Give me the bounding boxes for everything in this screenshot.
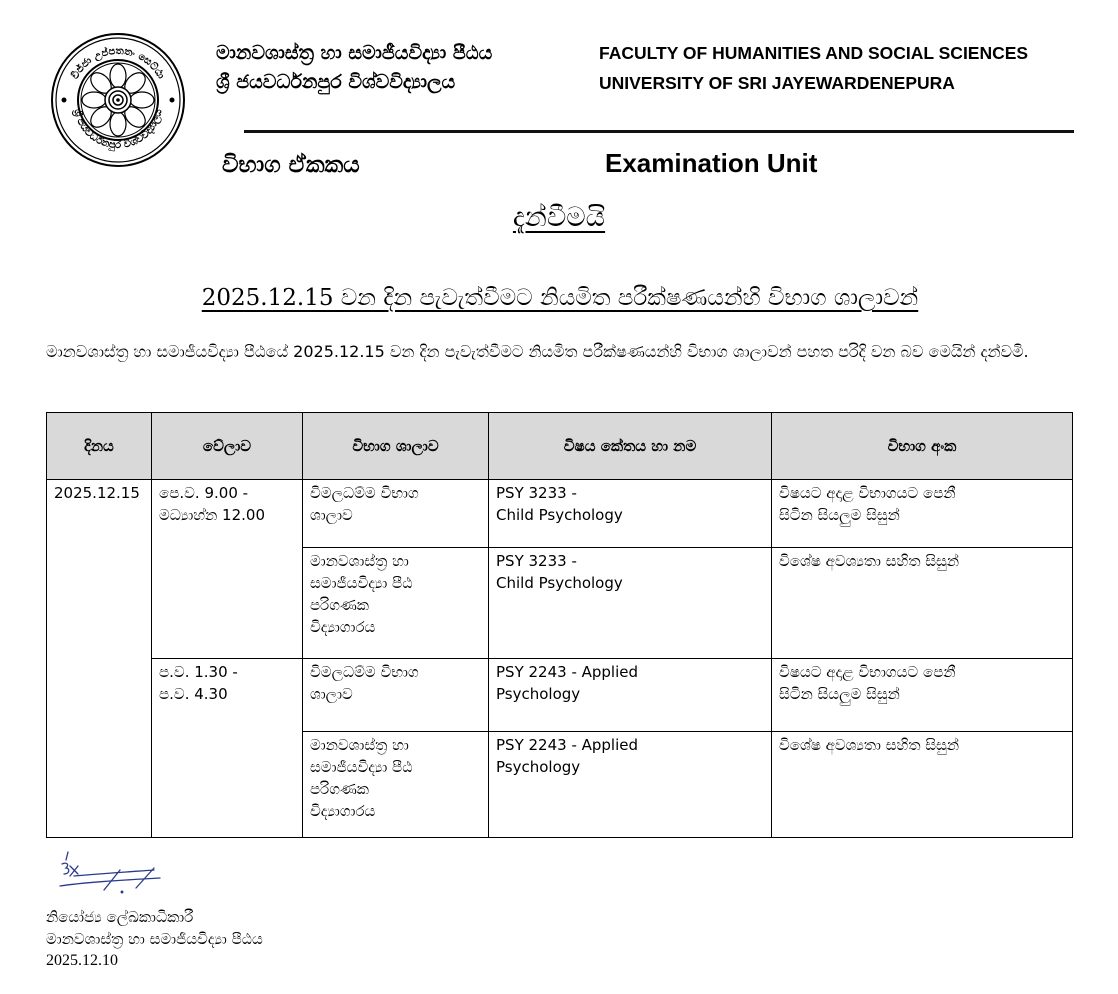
course: PSY 2243 - Applied Psychology — [489, 732, 772, 838]
university-name-sinhala: ශ්‍රී ජයවර්ධනපුර විශ්වවිද්‍යාලය — [216, 71, 455, 93]
candidates: විශේෂ අවශ්‍යතා සහිත සිසුන් — [772, 732, 1073, 838]
svg-text:ශ්‍රී ජයවර්ධනපුර විශ්වවිද්‍යාල: ශ්‍රී ජයවර්ධනපුර විශ්වවිද්‍යාලය — [70, 107, 164, 152]
exam-schedule-table: දිනය වේලාව විභාග ශාලාව විෂය කේතය හා නම ව… — [46, 412, 1073, 838]
faculty-name-english: FACULTY OF HUMANITIES AND SOCIAL SCIENCE… — [599, 43, 1028, 64]
header-time: වේලාව — [152, 413, 303, 480]
exam-hall: මානවශාස්ත්‍ර හා සමාජීයවිද්‍යා පීඨ පරිගණක… — [303, 732, 489, 838]
candidates: විෂයට අදාළ විභාගයට පෙනී සිටින සියලුම සිස… — [772, 659, 1073, 732]
candidates: විෂයට අදාළ විභාගයට පෙනී සිටින සියලුම සිස… — [772, 480, 1073, 548]
issue-date: 2025.12.10 — [46, 950, 263, 972]
session-time: ප.ව. 1.30 - ප.ව. 4.30 — [152, 659, 303, 838]
table-row: ප.ව. 1.30 - ප.ව. 4.30 විමලධම්ම විභාග ශාල… — [47, 659, 1073, 732]
session-time: පෙ.ව. 9.00 - මධ්‍යාහ්න 12.00 — [152, 480, 303, 659]
exam-date: 2025.12.15 — [47, 480, 152, 838]
header-date: දිනය — [47, 413, 152, 480]
course: PSY 3233 - Child Psychology — [489, 480, 772, 548]
unit-name-english: Examination Unit — [605, 148, 817, 179]
header-course: විෂය කේතය හා නම — [489, 413, 772, 480]
exam-hall: විමලධම්ම විභාග ශාලාව — [303, 659, 489, 732]
table-row: 2025.12.15 පෙ.ව. 9.00 - මධ්‍යාහ්න 12.00 … — [47, 480, 1073, 548]
table-header-row: දිනය වේලාව විභාග ශාලාව විෂය කේතය හා නම ව… — [47, 413, 1073, 480]
course: PSY 3233 - Child Psychology — [489, 548, 772, 659]
exam-hall: මානවශාස්ත්‍ර හා සමාජීයවිද්‍යා පීඨ පරිගණක… — [303, 548, 489, 659]
signature-icon — [56, 850, 166, 898]
header-candidates: විභාග අංක — [772, 413, 1073, 480]
header-hall: විභාග ශාලාව — [303, 413, 489, 480]
signatory-block: නියෝජ්‍ය ලේඛකාධිකාරී මානවශාස්ත්‍ර හා සමා… — [46, 906, 263, 972]
notice-subject: 2025.12.15 වන දින පැවැත්වීමට නියමිත පරීක… — [0, 285, 1118, 311]
notice-paragraph: මානවශාස්ත්‍ර හා සමාජීයවිද්‍යා පීඨයේ 2025… — [46, 340, 1074, 364]
signatory-faculty: මානවශාස්ත්‍ර හා සමාජීයවිද්‍යා පීඨය — [46, 928, 263, 950]
candidates: විශේෂ අවශ්‍යතා සහිත සිසුන් — [772, 548, 1073, 659]
course: PSY 2243 - Applied Psychology — [489, 659, 772, 732]
university-name-english: UNIVERSITY OF SRI JAYEWARDENEPURA — [599, 73, 955, 94]
exam-hall: විමලධම්ම විභාග ශාලාව — [303, 480, 489, 548]
signatory-designation: නියෝජ්‍ය ලේඛකාධිකාරී — [46, 906, 263, 928]
header-divider — [244, 130, 1074, 133]
university-seal-icon: විජ්ජා උප්පතතං සෙට්ඨා ශ්‍රී ජයවර්ධනපුර ව… — [50, 32, 186, 168]
faculty-name-sinhala: මානවශාස්ත්‍ර හා සමාජීයවිද්‍යා පීඨය — [216, 42, 492, 64]
notice-title: දැන්වීමයි — [0, 202, 1118, 234]
unit-name-sinhala: විභාග ඒකකය — [222, 152, 360, 178]
